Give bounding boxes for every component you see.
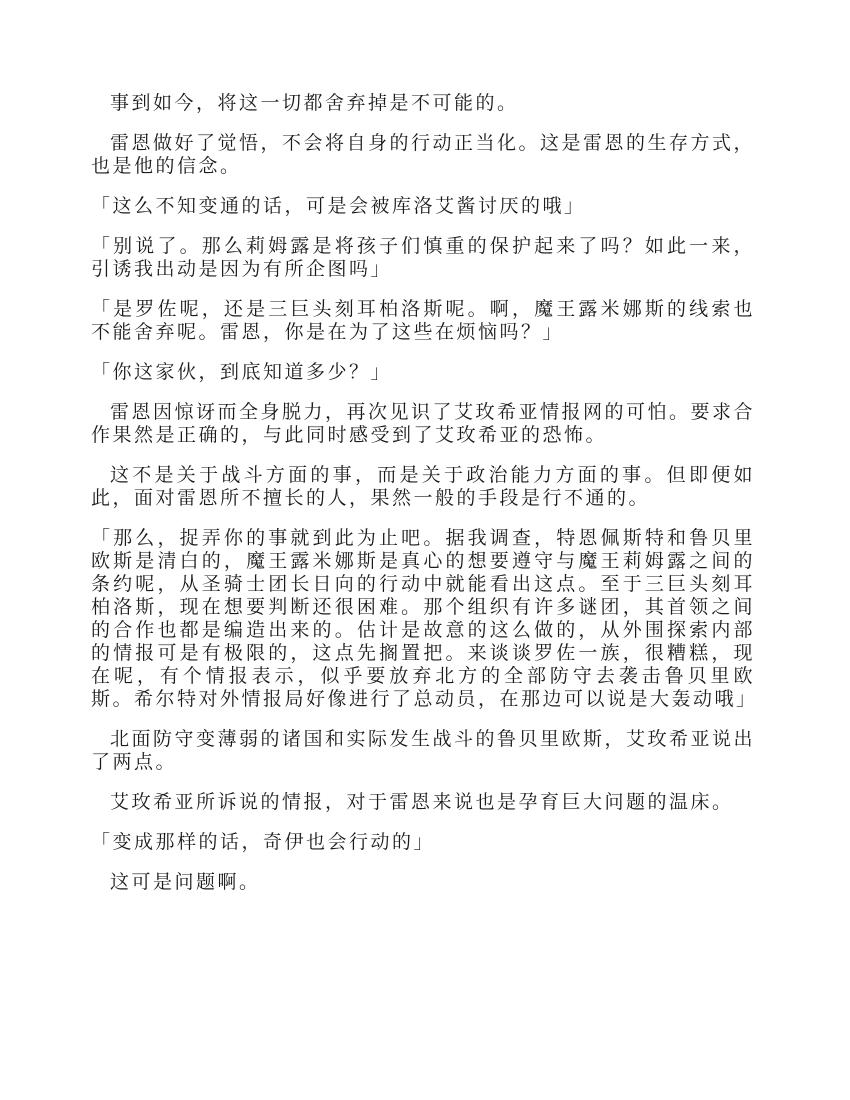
paragraph-narrative: 这可是问题啊。 xyxy=(91,871,755,894)
paragraph-narrative: 这不是关于战斗方面的事，而是关于政治能力方面的事。但即便如此，面对雷恩所不擅长的… xyxy=(91,464,755,510)
paragraph-dialogue: 「变成那样的话，奇伊也会行动的」 xyxy=(91,831,755,854)
page-text: 事到如今，将这一切都舍弃掉是不可能的。 雷恩做好了觉悟，不会将自身的行动正当化。… xyxy=(91,92,755,911)
paragraph-narrative: 事到如今，将这一切都舍弃掉是不可能的。 xyxy=(91,92,755,115)
paragraph-narrative: 雷恩做好了觉悟，不会将自身的行动正当化。这是雷恩的生存方式，也是他的信念。 xyxy=(91,132,755,178)
paragraph-narrative: 艾玫希亚所诉说的情报，对于雷恩来说也是孕育巨大问题的温床。 xyxy=(91,791,755,814)
paragraph-narrative: 雷恩因惊讶而全身脱力，再次见识了艾玫希亚情报网的可怕。要求合作果然是正确的，与此… xyxy=(91,401,755,447)
paragraph-dialogue: 「别说了。那么莉姆露是将孩子们慎重的保护起来了吗？如此一来，引诱我出动是因为有所… xyxy=(91,235,755,281)
paragraph-dialogue: 「你这家伙，到底知道多少？」 xyxy=(91,361,755,384)
paragraph-dialogue: 「那么，捉弄你的事就到此为止吧。据我调查，特恩佩斯特和鲁贝里欧斯是清白的，魔王露… xyxy=(91,527,755,711)
paragraph-narrative: 北面防守变薄弱的诸国和实际发生战斗的鲁贝里欧斯，艾玫希亚说出了两点。 xyxy=(91,728,755,774)
novel-page: 事到如今，将这一切都舍弃掉是不可能的。 雷恩做好了觉悟，不会将自身的行动正当化。… xyxy=(0,0,850,1100)
paragraph-dialogue: 「这么不知变通的话，可是会被库洛艾酱讨厌的哦」 xyxy=(91,195,755,218)
paragraph-dialogue: 「是罗佐呢，还是三巨头刻耳柏洛斯呢。啊，魔王露米娜斯的线索也不能舍弃呢。雷恩，你… xyxy=(91,298,755,344)
